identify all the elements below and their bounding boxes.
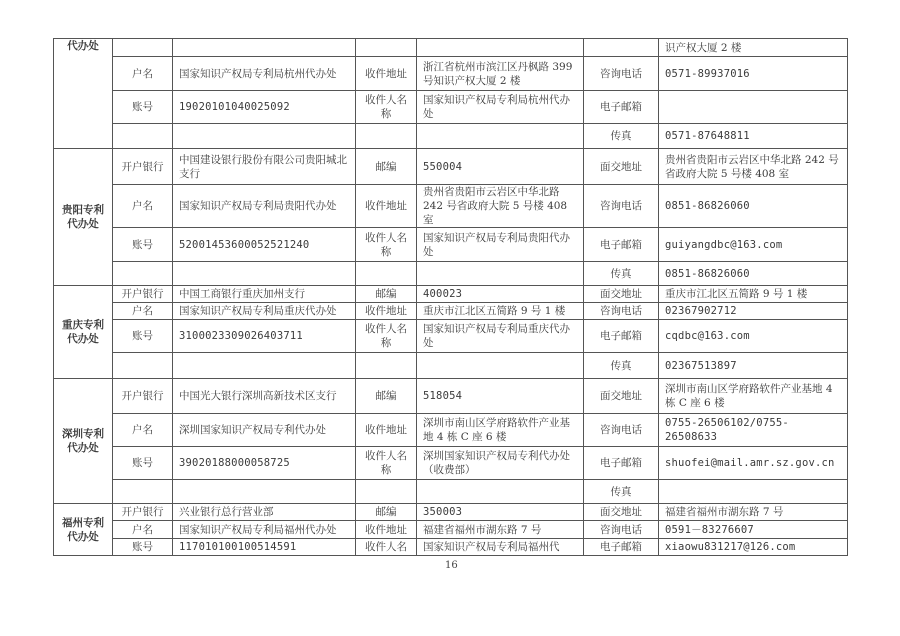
label-email: 电子邮箱	[584, 228, 659, 262]
account-name-value: 国家知识产权局专利局福州代办处	[173, 521, 356, 539]
table-row: 传真 0851-86826060	[54, 262, 848, 286]
recipient-value: 国家知识产权局专利局重庆代办处	[417, 320, 584, 353]
bank-value: 中国工商银行重庆加州支行	[173, 286, 356, 303]
label-mail-address: 收件地址	[356, 57, 417, 91]
fax-value	[659, 480, 848, 504]
label-mail-address: 收件地址	[356, 303, 417, 320]
label-account-no: 账号	[113, 320, 173, 353]
label-account-name: 户名	[113, 185, 173, 228]
label-account-name: 户名	[113, 414, 173, 447]
submit-address-value: 深圳市南山区学府路软件产业基地 4 栋 C 座 6 楼	[659, 379, 848, 414]
label-account-name: 户名	[113, 57, 173, 91]
account-name-value: 国家知识产权局专利局杭州代办处	[173, 57, 356, 91]
phone-value: 02367902712	[659, 303, 848, 320]
label-phone: 咨询电话	[584, 185, 659, 228]
fax-value: 0851-86826060	[659, 262, 848, 286]
table-row: 户名 国家知识产权局专利局杭州代办处 收件地址 浙江省杭州市滨江区丹枫路 399…	[54, 57, 848, 91]
recipient-value: 国家知识产权局专利局杭州代办处	[417, 91, 584, 124]
label-mail-address: 收件地址	[356, 521, 417, 539]
submit-address-value: 福建省福州市湖东路 7 号	[659, 504, 848, 521]
table-row: 户名 国家知识产权局专利局福州代办处 收件地址 福建省福州市湖东路 7 号 咨询…	[54, 521, 848, 539]
label-phone: 咨询电话	[584, 521, 659, 539]
label-recipient: 收件人名称	[356, 228, 417, 262]
label-account-no: 账号	[113, 91, 173, 124]
label-bank: 开户银行	[113, 504, 173, 521]
phone-value: 0755-26506102/0755-26508633	[659, 414, 848, 447]
mail-address-value: 贵州省贵阳市云岩区中华北路 242 号省政府大院 5 号楼 408 室	[417, 185, 584, 228]
submit-address-value: 贵州省贵阳市云岩区中华北路 242 号省政府大院 5 号楼 408 室	[659, 149, 848, 185]
table-row: 代办处 识产权大厦 2 楼	[54, 39, 848, 57]
label-fax: 传真	[584, 353, 659, 379]
label-email: 电子邮箱	[584, 91, 659, 124]
postcode-value: 350003	[417, 504, 584, 521]
label-email: 电子邮箱	[584, 539, 659, 556]
submit-address-value: 重庆市江北区五简路 9 号 1 楼	[659, 286, 848, 303]
fax-value: 0571-87648811	[659, 124, 848, 149]
label-postcode: 邮编	[356, 286, 417, 303]
account-no-value: 3100023309026403711	[173, 320, 356, 353]
label-bank: 开户银行	[113, 286, 173, 303]
account-name-value: 国家知识产权局专利局贵阳代办处	[173, 185, 356, 228]
label-mail-address: 收件地址	[356, 414, 417, 447]
label-phone: 咨询电话	[584, 414, 659, 447]
label-account-no: 账号	[113, 539, 173, 556]
label-submit-address: 面交地址	[584, 286, 659, 303]
label-account-no: 账号	[113, 228, 173, 262]
fax-value: 02367513897	[659, 353, 848, 379]
label-submit-address: 面交地址	[584, 149, 659, 185]
label-recipient: 收件人名称	[356, 447, 417, 480]
table-row: 贵阳专利代办处 开户银行 中国建设银行股份有限公司贵阳城北支行 邮编 55000…	[54, 149, 848, 185]
label-mail-address: 收件地址	[356, 185, 417, 228]
table-row: 户名 国家知识产权局专利局重庆代办处 收件地址 重庆市江北区五简路 9 号 1 …	[54, 303, 848, 320]
postcode-value: 550004	[417, 149, 584, 185]
table-row: 重庆专利代办处 开户银行 中国工商银行重庆加州支行 邮编 400023 面交地址…	[54, 286, 848, 303]
patent-agency-table: 代办处 识产权大厦 2 楼 户名 国家知识产权局专利局杭州代办处 收件地址 浙江…	[53, 38, 848, 556]
bank-value: 兴业银行总行营业部	[173, 504, 356, 521]
account-no-value: 117010100100514591	[173, 539, 356, 556]
label-postcode: 邮编	[356, 379, 417, 414]
table-row: 福州专利代办处 开户银行 兴业银行总行营业部 邮编 350003 面交地址 福建…	[54, 504, 848, 521]
label-email: 电子邮箱	[584, 447, 659, 480]
table-row: 传真	[54, 480, 848, 504]
label-phone: 咨询电话	[584, 57, 659, 91]
label-account-no: 账号	[113, 447, 173, 480]
label-bank: 开户银行	[113, 379, 173, 414]
phone-value: 0591－83276607	[659, 521, 848, 539]
mail-address-value: 福建省福州市湖东路 7 号	[417, 521, 584, 539]
account-name-value: 国家知识产权局专利局重庆代办处	[173, 303, 356, 320]
bank-value: 中国建设银行股份有限公司贵阳城北支行	[173, 149, 356, 185]
label-email: 电子邮箱	[584, 320, 659, 353]
mail-address-value: 重庆市江北区五简路 9 号 1 楼	[417, 303, 584, 320]
label-postcode: 邮编	[356, 504, 417, 521]
label-submit-address: 面交地址	[584, 379, 659, 414]
mail-address-value: 深圳市南山区学府路软件产业基地 4 栋 C 座 6 楼	[417, 414, 584, 447]
phone-value: 0571-89937016	[659, 57, 848, 91]
label-recipient: 收件人名称	[356, 91, 417, 124]
label-fax: 传真	[584, 124, 659, 149]
table-row: 账号 117010100100514591 收件人名 国家知识产权局专利局福州代…	[54, 539, 848, 556]
office-name: 代办处	[54, 39, 113, 149]
office-name: 福州专利代办处	[54, 504, 113, 556]
label-fax: 传真	[584, 480, 659, 504]
phone-value: 0851-86826060	[659, 185, 848, 228]
email-value	[659, 91, 848, 124]
email-value: cqdbc@163.com	[659, 320, 848, 353]
account-no-value: 52001453600052521240	[173, 228, 356, 262]
label-phone: 咨询电话	[584, 303, 659, 320]
label-postcode: 邮编	[356, 149, 417, 185]
label-bank: 开户银行	[113, 149, 173, 185]
table-row: 账号 3100023309026403711 收件人名称 国家知识产权局专利局重…	[54, 320, 848, 353]
table-row: 深圳专利代办处 开户银行 中国光大银行深圳高新技术区支行 邮编 518054 面…	[54, 379, 848, 414]
submit-address-cont: 识产权大厦 2 楼	[659, 39, 848, 57]
office-name: 深圳专利代办处	[54, 379, 113, 504]
table-row: 户名 国家知识产权局专利局贵阳代办处 收件地址 贵州省贵阳市云岩区中华北路 24…	[54, 185, 848, 228]
label-recipient: 收件人名称	[356, 320, 417, 353]
postcode-value: 400023	[417, 286, 584, 303]
label-account-name: 户名	[113, 521, 173, 539]
bank-value: 中国光大银行深圳高新技术区支行	[173, 379, 356, 414]
account-no-value: 19020101040025092	[173, 91, 356, 124]
account-no-value: 39020188000058725	[173, 447, 356, 480]
email-value: xiaowu831217@126.com	[659, 539, 848, 556]
recipient-value: 国家知识产权局专利局贵阳代办处	[417, 228, 584, 262]
table-row: 传真 0571-87648811	[54, 124, 848, 149]
table-row: 账号 52001453600052521240 收件人名称 国家知识产权局专利局…	[54, 228, 848, 262]
label-submit-address: 面交地址	[584, 504, 659, 521]
mail-address-value: 浙江省杭州市滨江区丹枫路 399 号知识产权大厦 2 楼	[417, 57, 584, 91]
recipient-value: 深圳国家知识产权局专利代办处 （收费部）	[417, 447, 584, 480]
page-number: 16	[445, 560, 458, 571]
postcode-value: 518054	[417, 379, 584, 414]
account-name-value: 深圳国家知识产权局专利代办处	[173, 414, 356, 447]
table-row: 账号 39020188000058725 收件人名称 深圳国家知识产权局专利代办…	[54, 447, 848, 480]
email-value: shuofei@mail.amr.sz.gov.cn	[659, 447, 848, 480]
label-recipient: 收件人名	[356, 539, 417, 556]
table-row: 户名 深圳国家知识产权局专利代办处 收件地址 深圳市南山区学府路软件产业基地 4…	[54, 414, 848, 447]
office-name: 重庆专利代办处	[54, 286, 113, 379]
label-account-name: 户名	[113, 303, 173, 320]
office-name: 贵阳专利代办处	[54, 149, 113, 286]
recipient-value: 国家知识产权局专利局福州代	[417, 539, 584, 556]
email-value: guiyangdbc@163.com	[659, 228, 848, 262]
table-row: 账号 19020101040025092 收件人名称 国家知识产权局专利局杭州代…	[54, 91, 848, 124]
table-row: 传真 02367513897	[54, 353, 848, 379]
label-fax: 传真	[584, 262, 659, 286]
